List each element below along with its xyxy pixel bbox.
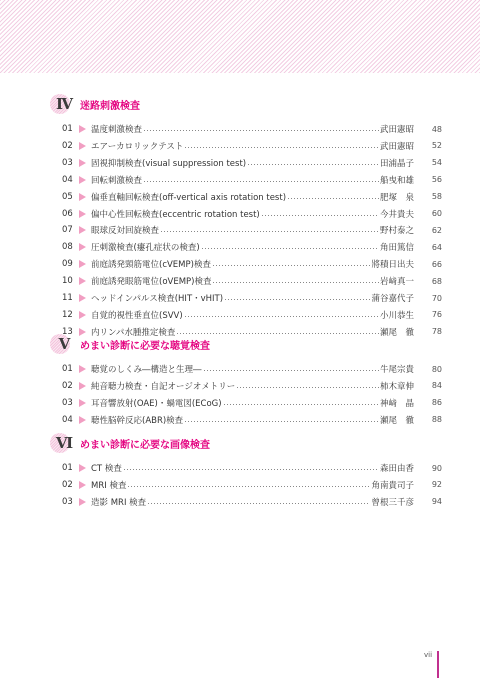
entry-title: 圧刺激検査(瘻孔症状の検査) bbox=[91, 241, 200, 253]
toc-entry[interactable]: 04聴性脳幹反応(ABR)検査瀬尾 徹88 bbox=[62, 413, 442, 427]
triangle-right-icon bbox=[79, 416, 86, 424]
entry-author: 武田憲昭 bbox=[380, 140, 414, 152]
dot-leader bbox=[224, 299, 370, 300]
decorative-stripe-header bbox=[0, 0, 480, 73]
entry-title: ヘッドインパルス検査(HIT・vHIT) bbox=[91, 292, 223, 304]
entry-title: 聴性脳幹反応(ABR)検査 bbox=[91, 414, 183, 426]
dot-leader bbox=[287, 198, 379, 199]
toc-entry[interactable]: 11ヘッドインパルス検査(HIT・vHIT)蒲谷嘉代子70 bbox=[62, 291, 442, 305]
entry-title: 眼球反対回旋検査 bbox=[91, 224, 159, 236]
entry-author: 岩﨑真一 bbox=[380, 275, 414, 287]
entry-page: 86 bbox=[414, 398, 442, 407]
toc-entry[interactable]: 06偏中心性回転検査(eccentric rotation test)今井貴夫6… bbox=[62, 207, 442, 221]
dot-leader bbox=[261, 215, 379, 216]
entry-title: 回転刺激検査 bbox=[91, 174, 142, 186]
entry-page: 80 bbox=[414, 365, 442, 374]
entry-title: CT 検査 bbox=[91, 462, 122, 474]
triangle-right-icon bbox=[79, 176, 86, 184]
triangle-right-icon bbox=[79, 481, 86, 489]
entry-page: 68 bbox=[414, 277, 442, 286]
entry-page: 54 bbox=[414, 158, 442, 167]
entry-title: MRI 検査 bbox=[91, 479, 126, 491]
toc-entry[interactable]: 09前庭誘発頸筋電位(cVEMP)検査將積日出夫66 bbox=[62, 257, 442, 271]
dot-leader bbox=[212, 265, 371, 266]
entry-number: 09 bbox=[62, 259, 79, 269]
dot-leader bbox=[184, 316, 379, 317]
entry-title: 偏垂直軸回転検査(off-vertical axis rotation test… bbox=[91, 191, 286, 203]
toc-entry[interactable]: 12自覚的視性垂直位(SVV)小川恭生76 bbox=[62, 308, 442, 322]
entry-author: 瀬尾 徹 bbox=[380, 414, 414, 426]
triangle-right-icon bbox=[79, 277, 86, 285]
entry-page: 90 bbox=[414, 464, 442, 473]
dot-leader bbox=[147, 503, 370, 504]
dot-leader bbox=[143, 181, 379, 182]
entry-author: 田浦晶子 bbox=[380, 157, 414, 169]
triangle-right-icon bbox=[79, 464, 86, 472]
entry-number: 08 bbox=[62, 242, 79, 252]
toc-entry[interactable]: 03耳音響放射(OAE)・蝸電図(ECoG)神﨑 晶86 bbox=[62, 396, 442, 410]
toc-entry[interactable]: 13内リンパ水腫推定検査瀬尾 徹78 bbox=[62, 325, 442, 339]
entry-page: 76 bbox=[414, 310, 442, 319]
dot-leader bbox=[160, 231, 379, 232]
entry-author: 角田篤信 bbox=[380, 241, 414, 253]
triangle-right-icon bbox=[79, 142, 86, 150]
entry-number: 04 bbox=[62, 175, 79, 185]
entry-author: 小川恭生 bbox=[380, 309, 414, 321]
entry-number: 01 bbox=[62, 463, 79, 473]
entry-number: 03 bbox=[62, 497, 79, 507]
entry-number: 06 bbox=[62, 209, 79, 219]
triangle-right-icon bbox=[79, 328, 86, 336]
entry-page: 56 bbox=[414, 175, 442, 184]
toc-entry[interactable]: 01CT 検査森田由香90 bbox=[62, 461, 442, 475]
entry-page: 60 bbox=[414, 209, 442, 218]
entry-number: 10 bbox=[62, 276, 79, 286]
dot-leader bbox=[223, 404, 379, 405]
entry-number: 07 bbox=[62, 225, 79, 235]
entry-number: 02 bbox=[62, 141, 79, 151]
triangle-right-icon bbox=[79, 365, 86, 373]
folio-accent-bar bbox=[437, 651, 439, 678]
entry-number: 01 bbox=[62, 124, 79, 134]
triangle-right-icon bbox=[79, 159, 86, 167]
dot-leader bbox=[184, 147, 379, 148]
entry-author: 柿木章伸 bbox=[380, 380, 414, 392]
toc-entry[interactable]: 07眼球反対回旋検査野村泰之62 bbox=[62, 223, 442, 237]
triangle-right-icon bbox=[79, 311, 86, 319]
dot-leader bbox=[123, 469, 379, 470]
entry-author: 神﨑 晶 bbox=[380, 397, 414, 409]
entry-page: 66 bbox=[414, 260, 442, 269]
entry-title: エアーカロリックテスト bbox=[91, 140, 183, 152]
entry-author: 蒲谷嘉代子 bbox=[371, 292, 414, 304]
entry-page: 92 bbox=[414, 480, 442, 489]
toc-entry[interactable]: 04回転刺激検査船曳和雄56 bbox=[62, 173, 442, 187]
entry-title: 内リンパ水腫推定検査 bbox=[91, 326, 175, 338]
entry-author: 將積日出夫 bbox=[371, 258, 414, 270]
toc-entry[interactable]: 01聴覚のしくみ―構造と生理―牛尾宗貴80 bbox=[62, 362, 442, 376]
entry-number: 02 bbox=[62, 381, 79, 391]
page-number: vii bbox=[424, 651, 432, 659]
section-numeral-badge: Ⅳ bbox=[50, 93, 74, 115]
entry-author: 曾根三千彦 bbox=[371, 496, 414, 508]
toc-entry[interactable]: 10前庭誘発眼筋電位(oVEMP)検査岩﨑真一68 bbox=[62, 274, 442, 288]
entry-author: 角南貴司子 bbox=[371, 479, 414, 491]
entry-title: 造影 MRI 検査 bbox=[91, 496, 146, 508]
dot-leader bbox=[201, 248, 379, 249]
entry-page: 58 bbox=[414, 192, 442, 201]
dot-leader bbox=[184, 421, 379, 422]
entry-number: 05 bbox=[62, 192, 79, 202]
dot-leader bbox=[127, 486, 370, 487]
entry-title: 固視抑制検査(visual suppression test) bbox=[91, 157, 246, 169]
triangle-right-icon bbox=[79, 260, 86, 268]
entry-title: 聴覚のしくみ―構造と生理― bbox=[91, 363, 202, 375]
section-numeral: Ⅵ bbox=[56, 434, 72, 452]
section-title: めまい診断に必要な画像検査 bbox=[80, 436, 210, 451]
dot-leader bbox=[203, 370, 379, 371]
entry-page: 48 bbox=[414, 125, 442, 134]
entry-author: 牛尾宗貴 bbox=[380, 363, 414, 375]
section-numeral-badge: Ⅵ bbox=[50, 432, 74, 454]
triangle-right-icon bbox=[79, 382, 86, 390]
entry-number: 04 bbox=[62, 415, 79, 425]
toc-entry[interactable]: 02純音聴力検査・自記オージオメトリー柿木章伸84 bbox=[62, 379, 442, 393]
entry-title: 自覚的視性垂直位(SVV) bbox=[91, 309, 183, 321]
section-title: 迷路刺激検査 bbox=[80, 97, 140, 112]
entry-author: 肥塚 泉 bbox=[380, 191, 414, 203]
entry-title: 耳音響放射(OAE)・蝸電図(ECoG) bbox=[91, 397, 222, 409]
entry-author: 瀬尾 徹 bbox=[380, 326, 414, 338]
dot-leader bbox=[143, 130, 379, 131]
entry-number: 12 bbox=[62, 310, 79, 320]
toc-entry[interactable]: 03造影 MRI 検査曾根三千彦94 bbox=[62, 495, 442, 509]
entry-title: 前庭誘発眼筋電位(oVEMP)検査 bbox=[91, 275, 211, 287]
dot-leader bbox=[236, 387, 379, 388]
entry-number: 03 bbox=[62, 158, 79, 168]
entry-author: 今井貴夫 bbox=[380, 208, 414, 220]
entry-page: 64 bbox=[414, 243, 442, 252]
entry-page: 84 bbox=[414, 381, 442, 390]
entry-page: 78 bbox=[414, 327, 442, 336]
entry-page: 62 bbox=[414, 226, 442, 235]
triangle-right-icon bbox=[79, 193, 86, 201]
entry-page: 70 bbox=[414, 294, 442, 303]
entry-title: 偏中心性回転検査(eccentric rotation test) bbox=[91, 208, 260, 220]
entry-number: 11 bbox=[62, 293, 79, 303]
section-header: Ⅳ 迷路刺激検査 bbox=[50, 94, 140, 114]
triangle-right-icon bbox=[79, 226, 86, 234]
dot-leader bbox=[212, 282, 379, 283]
entry-title: 温度刺激検査 bbox=[91, 123, 142, 135]
entry-number: 02 bbox=[62, 480, 79, 490]
dot-leader bbox=[176, 333, 379, 334]
entry-number: 01 bbox=[62, 364, 79, 374]
entry-number: 13 bbox=[62, 327, 79, 337]
entry-author: 野村泰之 bbox=[380, 224, 414, 236]
dot-leader bbox=[247, 164, 379, 165]
triangle-right-icon bbox=[79, 498, 86, 506]
entry-number: 03 bbox=[62, 398, 79, 408]
triangle-right-icon bbox=[79, 210, 86, 218]
triangle-right-icon bbox=[79, 243, 86, 251]
triangle-right-icon bbox=[79, 294, 86, 302]
triangle-right-icon bbox=[79, 125, 86, 133]
entry-page: 52 bbox=[414, 141, 442, 150]
toc-entry[interactable]: 03固視抑制検査(visual suppression test)田浦晶子54 bbox=[62, 156, 442, 170]
triangle-right-icon bbox=[79, 399, 86, 407]
toc-entry[interactable]: 02エアーカロリックテスト武田憲昭52 bbox=[62, 139, 442, 153]
toc-entry[interactable]: 02MRI 検査角南貴司子92 bbox=[62, 478, 442, 492]
toc-entry[interactable]: 08圧刺激検査(瘻孔症状の検査)角田篤信64 bbox=[62, 240, 442, 254]
entry-author: 船曳和雄 bbox=[380, 174, 414, 186]
toc-entry[interactable]: 05偏垂直軸回転検査(off-vertical axis rotation te… bbox=[62, 190, 442, 204]
entry-author: 武田憲昭 bbox=[380, 123, 414, 135]
entry-page: 88 bbox=[414, 415, 442, 424]
section-numeral: Ⅳ bbox=[56, 95, 72, 113]
entry-page: 94 bbox=[414, 497, 442, 506]
toc-entry[interactable]: 01温度刺激検査武田憲昭48 bbox=[62, 122, 442, 136]
entry-title: 純音聴力検査・自記オージオメトリー bbox=[91, 380, 235, 392]
entry-title: 前庭誘発頸筋電位(cVEMP)検査 bbox=[91, 258, 211, 270]
entry-author: 森田由香 bbox=[380, 462, 414, 474]
section-header: Ⅵ めまい診断に必要な画像検査 bbox=[50, 433, 210, 453]
